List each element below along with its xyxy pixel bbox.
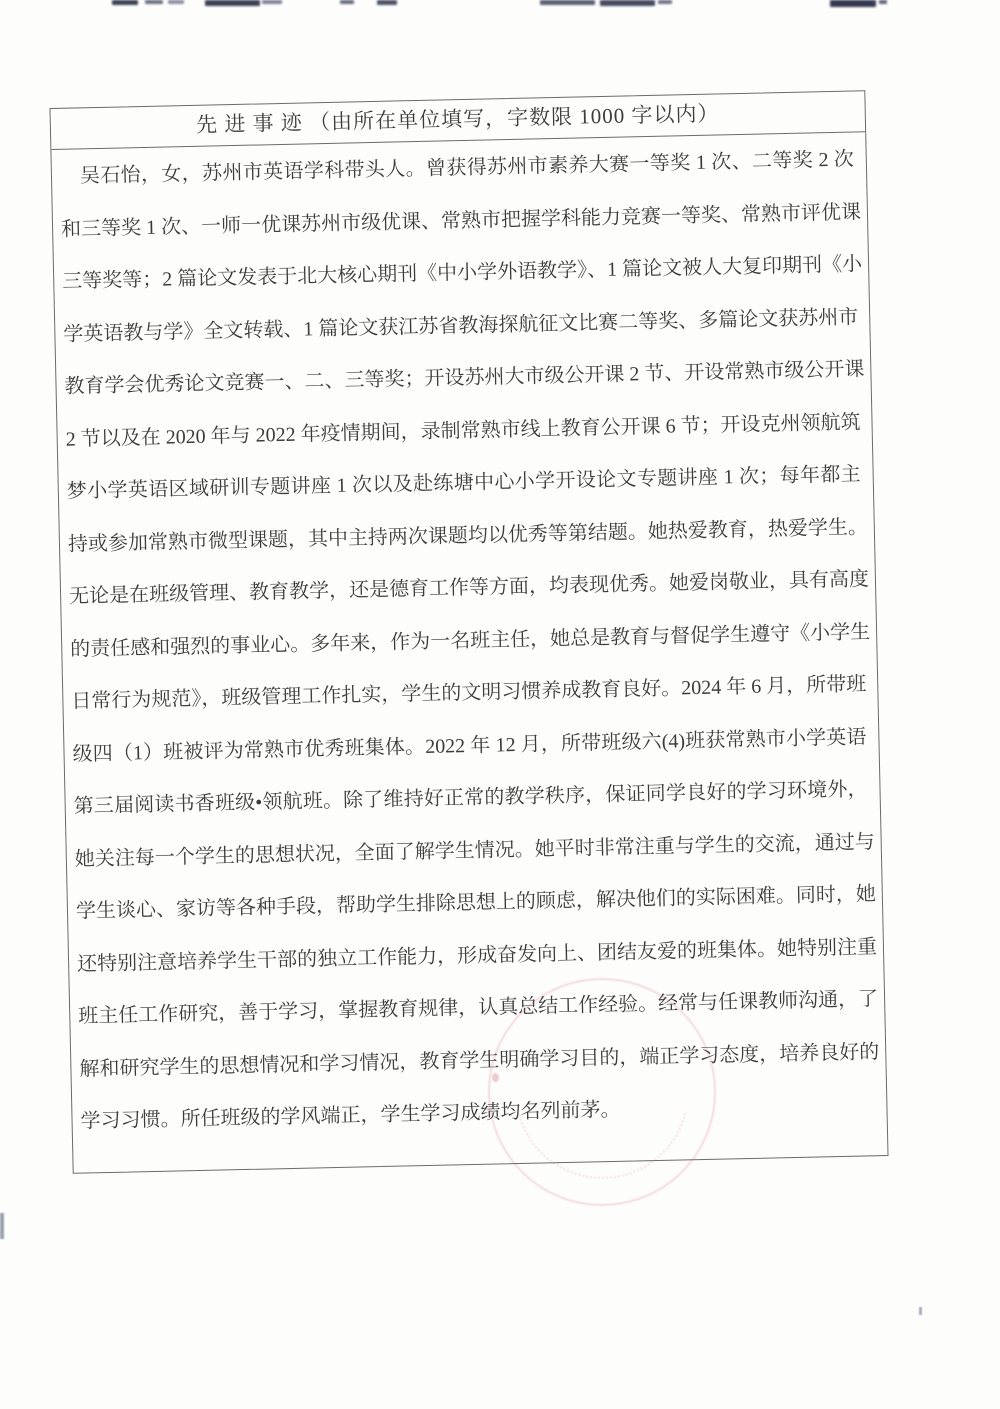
scan-artifact [540, 0, 595, 5]
scan-artifact [658, 0, 672, 4]
form-body-text: 吴石怡，女，苏州市英语学科带头人。曾获得苏州市素养大赛一等奖 1 次、二等奖 2… [51, 132, 887, 1148]
scan-artifact-left-edge [0, 1213, 4, 1239]
scan-artifact [377, 0, 397, 5]
scan-artifact [262, 0, 282, 4]
scanned-document-page: 先 进 事 迹 （由所在单位填写，字数限 1000 字以内） 吴石怡，女，苏州市… [0, 0, 1000, 1409]
scan-artifact [168, 0, 184, 4]
stamp-ink-dot-icon [492, 1073, 499, 1082]
scan-artifact [830, 0, 876, 7]
scan-artifact [879, 0, 887, 4]
scan-artifact [145, 0, 163, 4]
scan-artifact [205, 0, 260, 6]
merit-form-box: 先 进 事 迹 （由所在单位填写，字数限 1000 字以内） 吴石怡，女，苏州市… [49, 90, 888, 1174]
scan-artifact [112, 0, 138, 5]
scan-artifact-right-edge [919, 1307, 922, 1315]
scan-artifact [600, 0, 655, 6]
form-section-title: 先 进 事 迹 （由所在单位填写，字数限 1000 字以内） [196, 101, 720, 136]
scan-artifact [340, 0, 354, 4]
